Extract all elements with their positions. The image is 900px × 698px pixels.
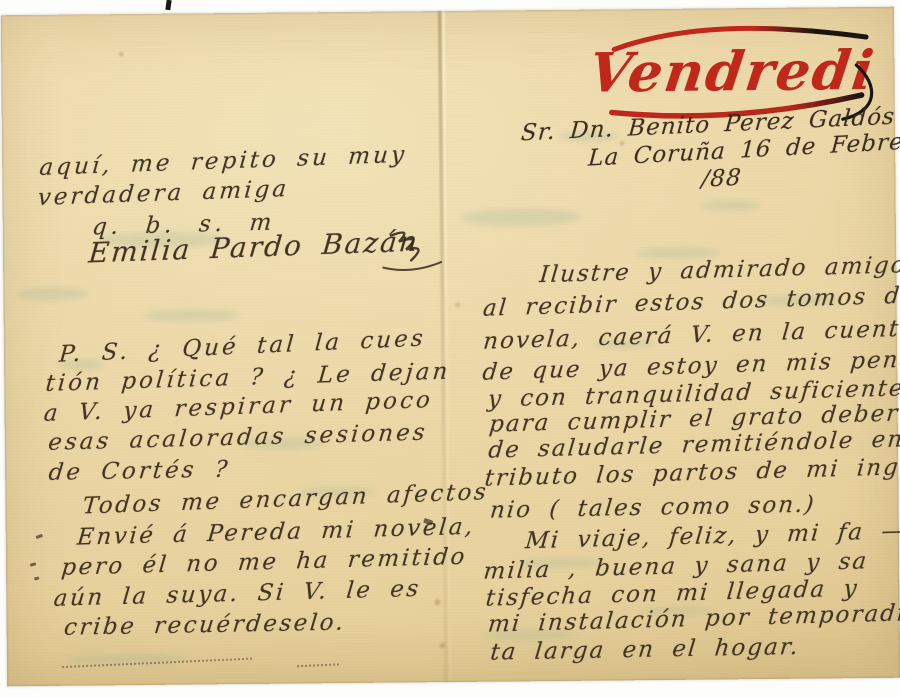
ink-speck bbox=[36, 534, 44, 539]
bleed-through-stain bbox=[699, 200, 761, 211]
letterhead-word: Vendredi bbox=[585, 38, 879, 105]
body-line: al recibir estos dos tomos de bbox=[482, 282, 900, 321]
bleed-through-stain bbox=[461, 208, 581, 227]
postscript-line: de Cortés ? bbox=[47, 457, 231, 486]
closing-line: verdadera amiga bbox=[37, 176, 291, 211]
heading-line: /88 bbox=[701, 165, 743, 193]
foxing-spot bbox=[434, 599, 440, 605]
foxing-spot bbox=[440, 643, 445, 648]
body-line: nio ( tales como son.) bbox=[489, 492, 817, 524]
bleed-through-stain bbox=[144, 309, 239, 322]
body-line: Ilustre y admirado amigo: bbox=[538, 252, 900, 288]
letter-scan: Vendredi Sr. Dn. Benito Perez Galdós La … bbox=[0, 0, 900, 698]
paragraph-line: aún la suya. Si V. le es bbox=[53, 576, 422, 612]
ink-speck bbox=[34, 577, 39, 581]
letter-paper: Vendredi Sr. Dn. Benito Perez Galdós La … bbox=[1, 7, 900, 687]
top-edge-mark bbox=[165, 0, 171, 10]
paragraph-line: cribe recuérdeselo. bbox=[63, 610, 347, 641]
foxing-spot bbox=[119, 52, 123, 56]
ink-speck bbox=[30, 562, 37, 566]
paragraph-line: Todos me encargan afectos bbox=[82, 479, 490, 519]
ink-speck-row bbox=[297, 663, 339, 667]
closing-line: aquí, me repito su muy bbox=[38, 142, 408, 181]
body-line: ta larga en el hogar. bbox=[489, 634, 801, 666]
foxing-spot bbox=[456, 303, 460, 307]
postscript-line: esas acaloradas sesiones bbox=[47, 420, 429, 456]
bleed-through-stain bbox=[18, 286, 88, 301]
signature-rubric-flourish bbox=[381, 229, 445, 274]
